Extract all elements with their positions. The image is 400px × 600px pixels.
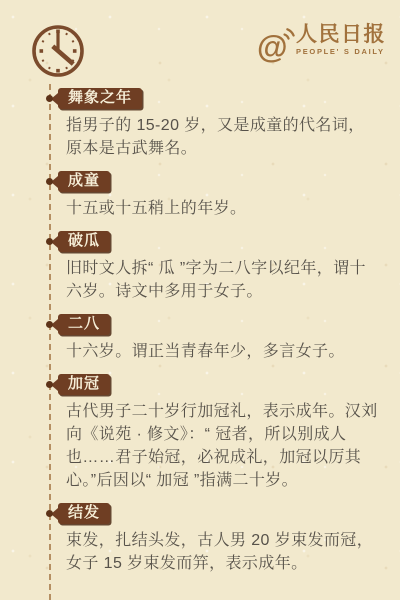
term-tag: 舞象之年 [58,88,142,109]
timeline-section: 破瓜 旧时文人拆“ 瓜 ”字为二八字以纪年，谓十六岁。诗文中多用于女子。 [58,231,380,303]
timeline-section: 加冠 古代男子二十岁行加冠礼，表示成年。汉刘向《说苑 · 修文》：“ 冠者，所以… [58,374,380,492]
term-description: 旧时文人拆“ 瓜 ”字为二八字以纪年，谓十六岁。诗文中多用于女子。 [66,257,380,303]
infographic-card: @ 人民日报 PEOPLE' S DAILY 舞象之年 指男子的 15-20 岁… [0,0,400,600]
term-description: 束发，扎结头发，古人男 20 岁束发而冠，女子 15 岁束发而笄，表示成年。 [66,529,380,575]
clock-icon [30,20,86,82]
timeline-section: 舞象之年 指男子的 15-20 岁，又是成童的代名词，原本是古武舞名。 [58,88,380,160]
term-description: 古代男子二十岁行加冠礼，表示成年。汉刘向《说苑 · 修文》：“ 冠者，所以别成人… [66,400,380,492]
term-tag: 破瓜 [58,231,110,252]
svg-text:@: @ [257,29,288,64]
timeline-section: 二八 十六岁。谓正当青春年少，多言女子。 [58,314,380,363]
peoples-daily-logo: @ 人民日报 PEOPLE' S DAILY [257,24,386,64]
timeline-line [49,84,51,600]
timeline-section: 成童 十五或十五稍上的年岁。 [58,171,380,220]
term-tag: 加冠 [58,374,110,395]
timeline-sections: 舞象之年 指男子的 15-20 岁，又是成童的代名词，原本是古武舞名。 成童 十… [58,88,380,586]
term-label: 破瓜 [68,232,100,249]
timeline-dot-icon [46,381,53,388]
term-description: 十六岁。谓正当青春年少，多言女子。 [66,340,380,363]
timeline-section: 结发 束发，扎结头发，古人男 20 岁束发而冠，女子 15 岁束发而笄，表示成年… [58,503,380,575]
logo-subtitle: PEOPLE' S DAILY [296,47,386,56]
timeline-dot-icon [46,510,53,517]
at-megaphone-icon: @ [257,26,295,64]
term-tag: 成童 [58,171,110,192]
term-description: 十五或十五稍上的年岁。 [66,197,380,220]
term-label: 二八 [68,315,100,332]
timeline-dot-icon [46,178,53,185]
logo-title: 人民日报 [296,24,386,46]
timeline-dot-icon [46,95,53,102]
term-tag: 结发 [58,503,110,524]
term-description: 指男子的 15-20 岁，又是成童的代名词，原本是古武舞名。 [66,114,380,160]
timeline-dot-icon [46,321,53,328]
term-label: 加冠 [68,375,100,392]
term-label: 结发 [68,504,100,521]
term-label: 舞象之年 [68,89,132,106]
term-label: 成童 [68,172,100,189]
timeline-dot-icon [46,238,53,245]
term-tag: 二八 [58,314,110,335]
